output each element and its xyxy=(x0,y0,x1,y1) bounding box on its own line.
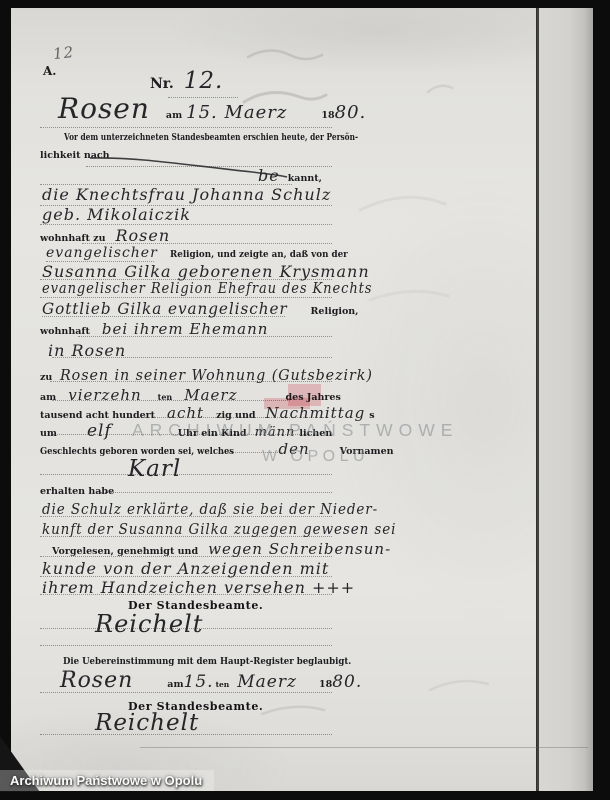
printed-text: Die Uebereinstimmung mit dem Haupt-Regis… xyxy=(63,656,351,667)
form-row: ihrem Handzeichen versehen +++ xyxy=(42,578,355,597)
printed-text: Religion, xyxy=(311,306,359,317)
handwritten-text: Reichelt xyxy=(95,710,199,736)
form-row: kunft der Susanna Gilka zugegen gewesen … xyxy=(42,520,436,538)
handwritten-text: Rosen in seiner Wohnung (Gutsbezirk) xyxy=(60,366,373,384)
rule-line xyxy=(40,224,332,225)
printed-text: am xyxy=(166,110,182,121)
watermark-line2: W OPOLU xyxy=(262,448,369,466)
rule-line xyxy=(140,747,588,748)
form-row: Nr.12. xyxy=(150,68,223,94)
facing-page-edge xyxy=(539,8,593,791)
printed-text: erhalten habe xyxy=(40,486,114,497)
handwritten-text: geb. Mikolaiczik xyxy=(42,205,191,224)
printed-text: Vor dem unterzeichneten Standesbeamten e… xyxy=(64,132,358,143)
printed-text: wohnhaft xyxy=(40,326,90,337)
handwritten-text: ihrem Handzeichen versehen +++ xyxy=(42,578,355,597)
handwritten-text: 15. xyxy=(184,672,214,692)
printed-text: ten xyxy=(216,680,230,689)
handwritten-text: kunde von der Anzeigenden mit xyxy=(42,559,329,578)
handwritten-text: Rosen xyxy=(115,226,170,245)
printed-text: Vorgelesen, genehmigt und xyxy=(52,546,198,557)
handwritten-text: 12. xyxy=(184,68,224,94)
handwritten-text: 80. xyxy=(335,102,367,123)
form-row: kunde von der Anzeigenden mit xyxy=(42,559,329,578)
handwritten-text: Rosen xyxy=(58,92,150,125)
handwritten-text: kunft der Susanna Gilka zugegen gewesen … xyxy=(42,520,396,538)
archive-name-label: Archiwum Państwowe w Opolu xyxy=(0,773,202,788)
form-row: geb. Mikolaiczik xyxy=(42,205,191,224)
handwritten-text: Susanna Gilka geborenen Krysmann xyxy=(42,262,370,281)
form-row: Vorgelesen, genehmigt undwegen Schreiben… xyxy=(52,540,391,558)
rule-line xyxy=(40,474,332,475)
rule-line xyxy=(40,127,332,128)
handwritten-text: Reichelt xyxy=(95,610,203,638)
handwritten-text: Gottlieb Gilka evangelischer xyxy=(42,299,288,318)
handwritten-text: in Rosen xyxy=(48,341,126,360)
handwritten-text: evangelischer xyxy=(46,245,158,261)
form-row: bekannt, xyxy=(258,166,322,185)
handwritten-text: vierzehn xyxy=(68,386,141,404)
printed-text: Nr. xyxy=(150,76,174,92)
archive-footer-bar: Archiwum Państwowe w Opolu xyxy=(0,770,214,791)
handwritten-text: die Schulz erklärte, daß sie bei der Nie… xyxy=(42,500,378,518)
rule-line xyxy=(40,645,332,646)
printed-text: lichkeit nach xyxy=(40,150,110,161)
form-row: Reichelt xyxy=(95,610,203,638)
form-row: die Knechtsfrau Johanna Schulz xyxy=(42,185,331,204)
pencil-number-row: 12 xyxy=(53,44,74,62)
printed-text: wohnhaft zu xyxy=(40,233,105,244)
book-fold-crease xyxy=(536,8,539,791)
form-row: Rosenam15.tenMaerz1880. xyxy=(60,668,362,693)
printed-text: kannt, xyxy=(288,173,322,184)
form-row: Reichelt xyxy=(95,710,199,736)
handwritten-text: elf xyxy=(87,421,112,441)
form-row: Die Uebereinstimmung mit dem Haupt-Regis… xyxy=(63,656,383,667)
handwritten-text: be xyxy=(258,166,280,185)
form-row: in Rosen xyxy=(48,341,126,360)
printed-text: um xyxy=(40,428,57,439)
form-row: die Schulz erklärte, daß sie bei der Nie… xyxy=(42,500,415,518)
form-row: A. xyxy=(43,64,57,78)
form-row: zuRosen in seiner Wohnung (Gutsbezirk) xyxy=(40,366,390,384)
form-row: evangelischerReligion, und zeigte an, da… xyxy=(46,245,363,261)
rule-line xyxy=(100,492,332,493)
form-row: wohnhaft zuRosen xyxy=(40,226,170,245)
pencil-number: 12 xyxy=(52,43,75,63)
watermark-line1: ARCHIWUM PAŃSTWOWE xyxy=(132,420,458,441)
form-row: Rosenam15. Maerz1880. xyxy=(58,92,366,125)
handwritten-text: Maerz xyxy=(237,672,297,692)
form-row: Gottlieb Gilka evangelischerReligion, xyxy=(42,299,359,318)
printed-text: ten xyxy=(158,392,173,402)
form-row: erhalten habe xyxy=(40,486,114,497)
printed-text: Religion, und zeigte an, daß von der xyxy=(170,249,348,260)
handwritten-text: Maerz xyxy=(184,386,237,404)
form-row: Susanna Gilka geborenen Krysmann xyxy=(42,262,370,281)
form-row: lichkeit nach xyxy=(40,150,110,161)
handwritten-text: Rosen xyxy=(60,668,133,693)
handwritten-text: die Knechtsfrau Johanna Schulz xyxy=(42,185,331,204)
printed-text: A. xyxy=(43,64,57,78)
handwritten-text: wegen Schreibensun- xyxy=(208,540,391,558)
handwritten-text: Karl xyxy=(128,456,181,482)
form-row: evangelischer Religion Ehefrau des Knech… xyxy=(42,281,409,297)
printed-text: 18 xyxy=(321,110,334,121)
form-row: wohnhaftbei ihrem Ehemann xyxy=(40,320,268,338)
handwritten-text: evangelischer Religion Ehefrau des Knech… xyxy=(42,281,372,297)
archive-stamp-smudge xyxy=(264,398,310,409)
printed-text: 18 xyxy=(319,679,332,690)
form-row: Vor dem unterzeichneten Standesbeamten e… xyxy=(64,132,441,143)
printed-text: am xyxy=(167,679,183,690)
rule-line xyxy=(40,297,332,298)
handwritten-text: 15. Maerz xyxy=(186,102,287,123)
form-row: Karl xyxy=(128,456,181,482)
printed-text: zu xyxy=(40,372,52,383)
archival-scan: 12 A.Nr.12.Rosenam15. Maerz1880.Vor dem … xyxy=(0,0,610,800)
printed-text: am xyxy=(40,392,56,403)
handwritten-text: 80. xyxy=(332,672,362,692)
handwritten-text: bei ihrem Ehemann xyxy=(102,320,269,338)
